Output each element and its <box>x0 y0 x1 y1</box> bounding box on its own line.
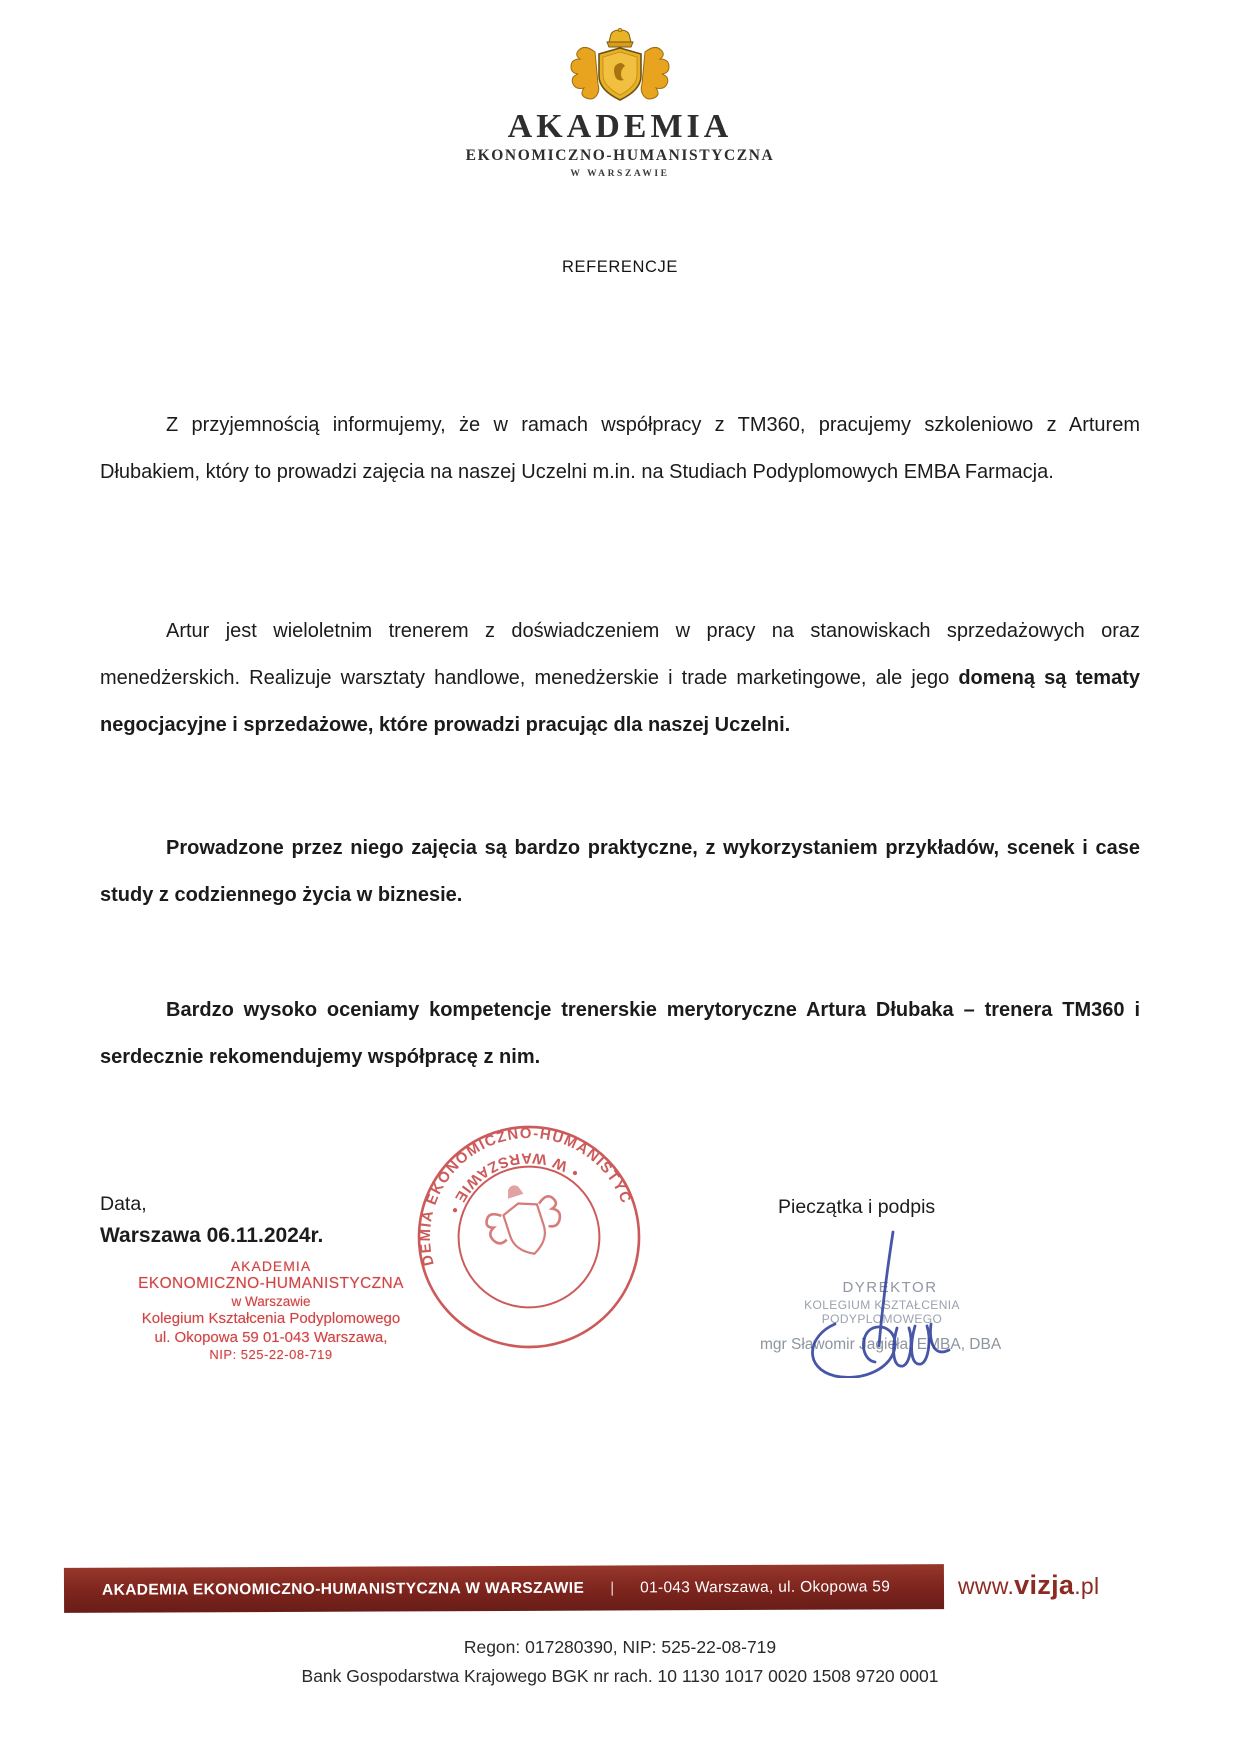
address-stamp-line: EKONOMICZNO-HUMANISTYCZNA <box>112 1275 430 1294</box>
website-prefix: www. <box>958 1573 1014 1599</box>
stamp-and-signature-label: Pieczątka i podpis <box>778 1196 935 1219</box>
paragraph-4-bold-text: Bardzo wysoko oceniamy kompetencje trene… <box>100 999 1140 1068</box>
paragraph-2: Artur jest wieloletnim trenerem z doświa… <box>100 608 1140 749</box>
letter-body: Z przyjemnością informujemy, że w ramach… <box>100 402 1140 1081</box>
website-url: www.vizja.pl <box>958 1570 1099 1601</box>
address-stamp-line: ul. Okopowa 59 01-043 Warszawa, <box>112 1329 430 1347</box>
paragraph-4: Bardzo wysoko oceniamy kompetencje trene… <box>100 987 1140 1081</box>
org-subtitle: EKONOMICZNO-HUMANISTYCZNA <box>0 147 1240 165</box>
letterhead: AKADEMIA EKONOMICZNO-HUMANISTYCZNA W WAR… <box>0 28 1240 179</box>
address-stamp-line: w Warszawie <box>112 1294 430 1310</box>
regon-nip-line: Regon: 017280390, NIP: 525-22-08-719 <box>0 1637 1240 1658</box>
address-stamp-line: NIP: 525-22-08-719 <box>112 1347 430 1363</box>
bank-account-line: Bank Gospodarstwa Krajowego BGK nr rach.… <box>0 1666 1240 1687</box>
reference-letter-page: AKADEMIA EKONOMICZNO-HUMANISTYCZNA W WAR… <box>0 0 1240 1754</box>
lion-right-icon <box>641 47 669 99</box>
date-label: Data, <box>100 1193 147 1216</box>
address-stamp: AKADEMIA EKONOMICZNO-HUMANISTYCZNA w War… <box>112 1258 430 1363</box>
paragraph-1-text: Z przyjemnością informujemy, że w ramach… <box>100 414 1140 483</box>
website-suffix: .pl <box>1074 1573 1099 1599</box>
org-name: AKADEMIA <box>0 108 1240 146</box>
svg-text:AKADEMIA EKONOMICZNO-HUMANISTY: AKADEMIA EKONOMICZNO-HUMANISTYCZNA <box>377 1085 635 1276</box>
signature-scribble <box>782 1228 972 1378</box>
lion-left-icon <box>571 47 599 99</box>
footer-org-name: AKADEMIA EKONOMICZNO-HUMANISTYCZNA W WAR… <box>64 1579 584 1599</box>
footer-address: 01-043 Warszawa, ul. Okopowa 59 <box>640 1578 890 1597</box>
date-value: Warszawa 06.11.2024r. <box>100 1224 323 1248</box>
paragraph-1: Z przyjemnością informujemy, że w ramach… <box>100 402 1140 496</box>
crown-icon <box>607 28 633 47</box>
round-stamp-top-text: AKADEMIA EKONOMICZNO-HUMANISTYCZNA <box>377 1085 635 1276</box>
document-title: REFERENCJE <box>0 258 1240 277</box>
address-stamp-line: Kolegium Kształcenia Podyplomowego <box>112 1310 430 1328</box>
paragraph-3: Prowadzone przez niego zajęcia są bardzo… <box>100 825 1140 919</box>
footer-separator: | <box>584 1579 640 1596</box>
website-brand: vizja <box>1014 1570 1074 1600</box>
university-crest-logo <box>525 28 715 106</box>
org-location: W WARSZAWIE <box>0 169 1240 179</box>
footer-address-bar: AKADEMIA EKONOMICZNO-HUMANISTYCZNA W WAR… <box>64 1564 944 1613</box>
paragraph-3-bold-text: Prowadzone przez niego zajęcia są bardzo… <box>100 837 1140 906</box>
address-stamp-line: AKADEMIA <box>112 1258 430 1275</box>
round-stamp-crest-icon <box>478 1176 569 1265</box>
